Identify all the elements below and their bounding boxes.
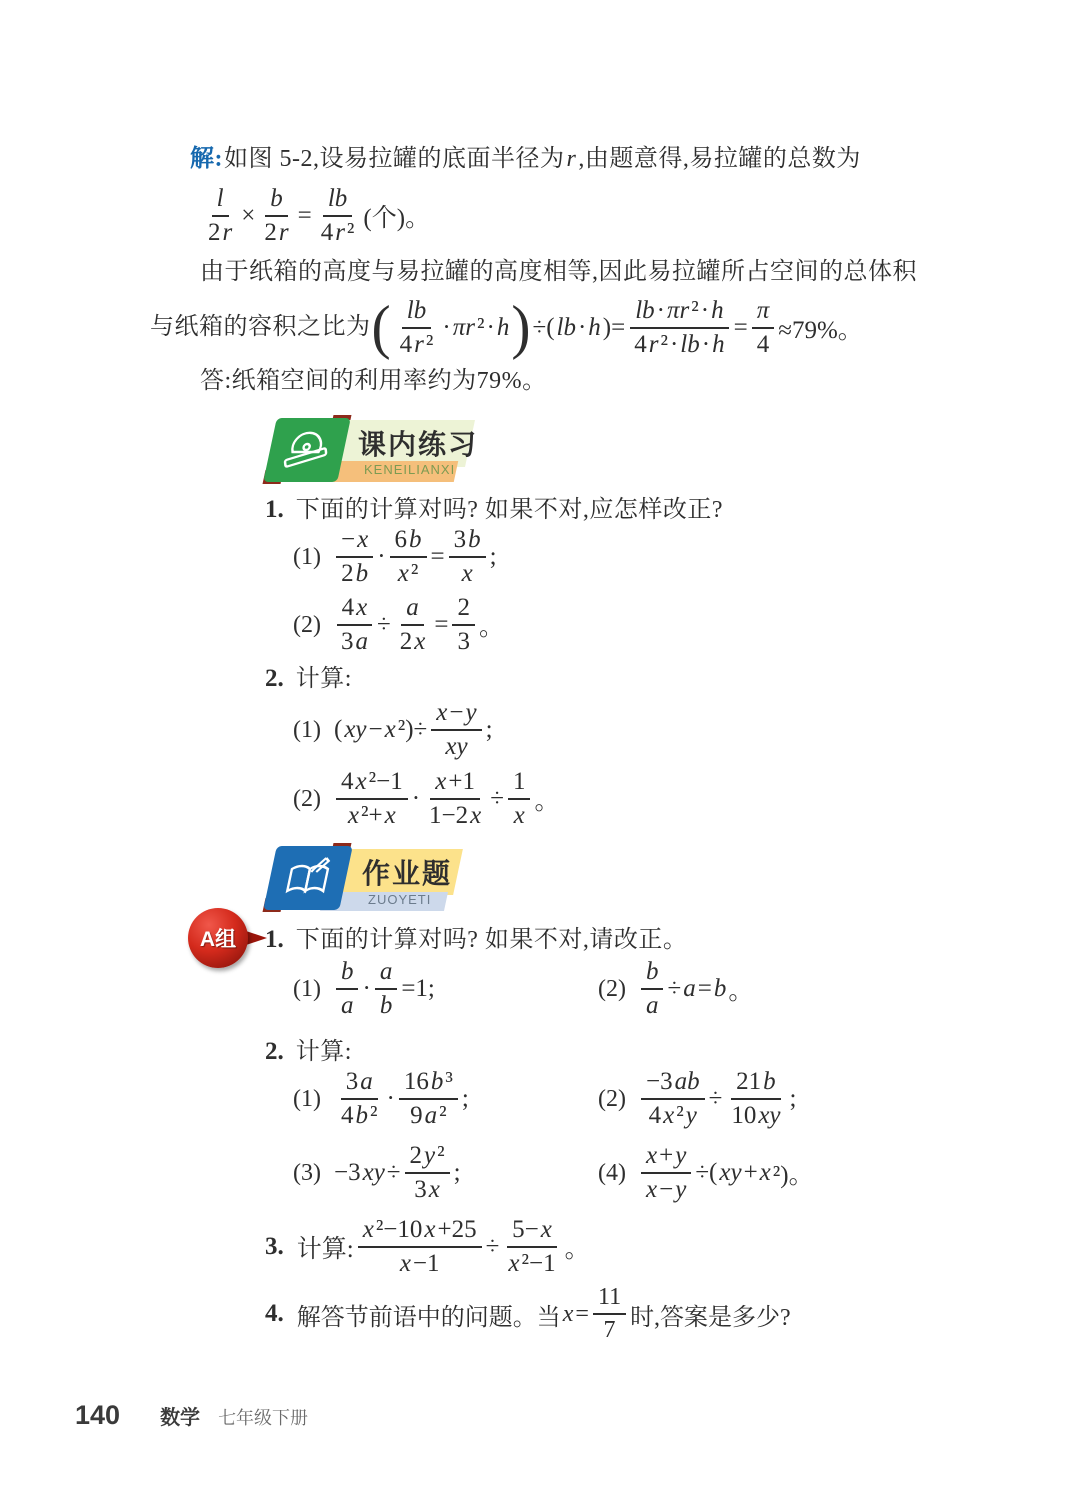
footer-subject: 数学 — [160, 1401, 200, 1430]
formula: 3a4b²·16b³9a²; — [333, 1068, 470, 1130]
zy-q2-item-3: (3) −3xy÷2y²3x; — [293, 1140, 462, 1206]
zy-q2-item-2: (2) −3ab4x²y÷21b10xy; — [598, 1066, 797, 1132]
group-a-label: A组 — [200, 923, 236, 953]
item-label: (2) — [598, 1086, 626, 1113]
question-number: 4. — [265, 1300, 284, 1328]
solution-answer: 答:纸箱空间的利用率约为79%。 — [200, 365, 547, 399]
formula: −x2b·6bx²=3bx; — [333, 526, 498, 588]
item-label: (3) — [293, 1160, 321, 1187]
question-number: 2. — [265, 1038, 284, 1066]
solution-ratio-line: 与纸箱的容积之比为 (lb4r²·πr²·h)÷(lb·h)=lb·πr²·h4… — [150, 288, 864, 368]
item-label: (1) — [293, 1086, 321, 1113]
item-label: (4) — [598, 1160, 626, 1187]
zy-q1-item-2: (2) ba÷a=b。 — [598, 957, 754, 1021]
item-label: (2) — [293, 786, 321, 813]
question-number: 1. — [265, 926, 284, 954]
solution-label: 解: — [190, 143, 223, 177]
keneilianxi-title: 课内练习 — [358, 423, 478, 463]
formula: x+yx−y÷(xy+x²)。 — [638, 1142, 815, 1204]
page-number: 140 — [75, 1400, 120, 1431]
solution-sentence: 如图 5-2,设易拉罐的底面半径为r,由题意得,易拉罐的总数为 — [223, 143, 862, 177]
question-number: 3. — [265, 1233, 284, 1261]
group-a-badge: A组 — [188, 906, 266, 974]
question-number: 2. — [265, 665, 284, 693]
formula: 4x²−1x²+x·x+11−2x÷1x。 — [333, 768, 561, 830]
question-text: 计算: — [296, 663, 352, 697]
keneilianxi-badge: 课内练习 KENEILIANXI — [270, 418, 480, 488]
question-text: 计算: — [296, 1036, 352, 1070]
zy-q2-item-1: (1) 3a4b²·16b³9a²; — [293, 1066, 470, 1132]
zy-q1-item-1: (1) ba·ab=1; — [293, 957, 436, 1021]
badge-circle: A组 — [188, 908, 248, 968]
zy-question-4: 4. 解答节前语中的问题。当x=117时,答案是多少? — [265, 1282, 792, 1346]
formula-cans-total: l2r×b2r=lb4r²(个)。 — [200, 183, 431, 249]
formula: 解答节前语中的问题。当x=117时,答案是多少? — [296, 1284, 792, 1344]
item-label: (1) — [293, 976, 321, 1003]
zy-q2-item-4: (4) x+yx−y÷(xy+x²)。 — [598, 1140, 815, 1206]
item-label: (1) — [293, 717, 321, 744]
textbook-page: 解: 如图 5-2,设易拉罐的底面半径为r,由题意得,易拉罐的总数为 l2r×b… — [0, 0, 1065, 1508]
zy-question-1: 1. 下面的计算对吗? 如果不对,请改正。 — [265, 924, 687, 958]
book-pencil-icon — [280, 855, 336, 902]
zuoyeti-subtitle: ZUOYETI — [368, 892, 431, 907]
formula: ba·ab=1; — [333, 958, 436, 1020]
zy-question-3: 3. 计算:x²−10x+25x−1÷5−xx²−1。 — [265, 1212, 591, 1282]
keneilianxi-subtitle: KENEILIANXI — [364, 462, 455, 477]
kn-q1-item-1: (1) −x2b·6bx²=3bx; — [293, 524, 498, 590]
kn-question-1: 1. 下面的计算对吗? 如果不对,应怎样改正? — [265, 494, 723, 528]
zy-question-2: 2. 计算: — [265, 1036, 352, 1070]
kn-q1-item-2: (2) 4x3a÷a2x=23。 — [293, 592, 505, 658]
item-label: (2) — [293, 612, 321, 639]
formula: 计算:x²−10x+25x−1÷5−xx²−1。 — [296, 1216, 591, 1278]
item-label: (2) — [598, 976, 626, 1003]
solution-paragraph-2a: 由于纸箱的高度与易拉罐的高度相等,因此易拉罐所占空间的总体积 — [200, 256, 960, 290]
formula: −3xy÷2y²3x; — [333, 1142, 462, 1204]
item-label: (1) — [293, 544, 321, 571]
kn-q2-item-2: (2) 4x²−1x²+x·x+11−2x÷1x。 — [293, 766, 561, 832]
formula: −3ab4x²y÷21b10xy; — [638, 1068, 798, 1130]
question-text: 下面的计算对吗? 如果不对,应怎样改正? — [296, 494, 723, 528]
kn-question-2: 2. 计算: — [265, 663, 352, 697]
question-text: 下面的计算对吗? 如果不对,请改正。 — [296, 924, 688, 958]
solution-paragraph: 解: 如图 5-2,设易拉罐的底面半径为r,由题意得,易拉罐的总数为 — [190, 143, 950, 177]
badge-icon-plate — [263, 846, 353, 910]
badge-icon-plate — [263, 418, 351, 482]
formula: ba÷a=b。 — [638, 958, 754, 1020]
formula: (xy−x²)÷x−yxy; — [333, 699, 494, 761]
formula: 4x3a÷a2x=23。 — [333, 594, 505, 656]
page-footer: 140 数学 七年级下册 — [75, 1400, 308, 1431]
protractor-ruler-icon — [280, 428, 334, 473]
kn-q2-item-1: (1) (xy−x²)÷x−yxy; — [293, 697, 494, 763]
question-number: 1. — [265, 496, 284, 524]
footer-book-title: 七年级下册 — [218, 1404, 308, 1430]
zuoyeti-title: 作业题 — [362, 852, 452, 892]
zuoyeti-badge: 作业题 ZUOYETI — [268, 846, 478, 916]
formula-volume-ratio: (lb4r²·πr²·h)÷(lb·h)=lb·πr²·h4r²·lb·h=π4… — [371, 297, 864, 359]
ratio-prefix: 与纸箱的容积之比为 — [150, 311, 371, 345]
